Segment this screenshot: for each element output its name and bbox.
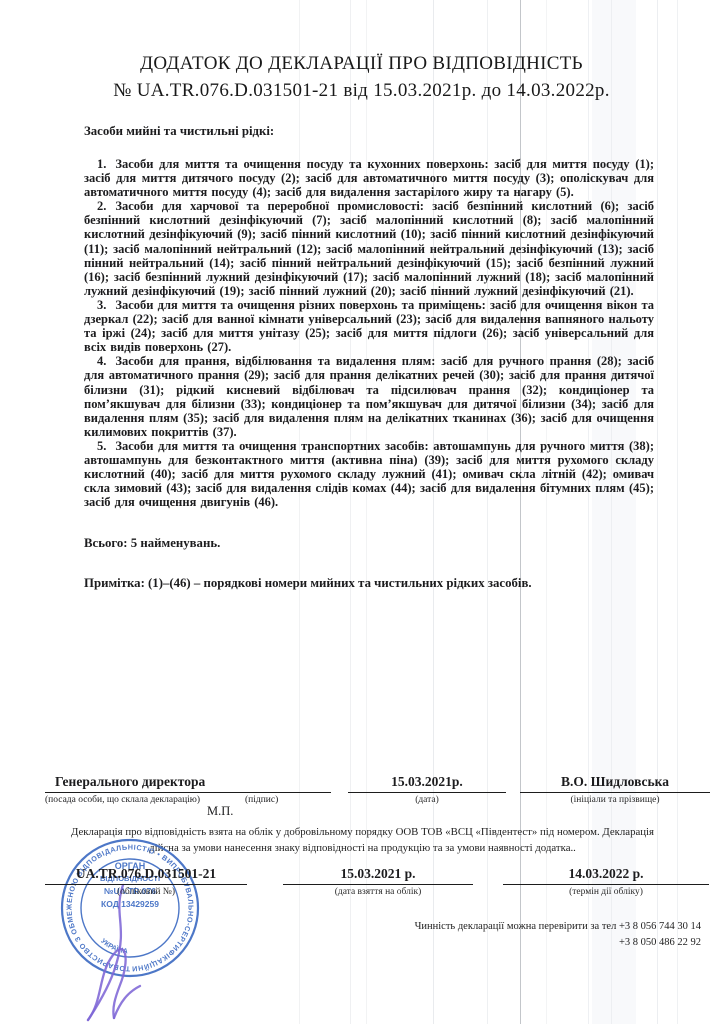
section-heading: Засоби мийні та чистильні рідкі: [84,124,274,139]
signature-position-column: Генерального директора (посада особи, що… [45,774,331,805]
signature-date-label: (дата) [348,795,506,805]
total-line: Всього: 5 найменувань. [84,536,220,551]
verification-line2: +3 8 050 486 22 92 [415,935,701,951]
registration-term-label: (термін дії обліку) [503,887,709,897]
document-title: ДОДАТОК ДО ДЕКЛАРАЦІЇ ПРО ВІДПОВІДНІСТЬ … [0,50,723,104]
paragraph: 4.Засоби для прання, відбілювання та вид… [84,354,654,439]
paragraph-number: 5. [97,439,106,453]
registration-term-column: 14.03.2022 р. (термін дії обліку) [503,866,709,897]
paragraph: 1.Засоби для миття та очищення посуду та… [84,157,654,199]
handwritten-signature [68,880,188,1024]
registration-date-column: 15.03.2021 р. (дата взяття на облік) [283,866,473,897]
registration-number-value: UA.TR.076.D.031501-21 [45,866,247,885]
verification-line1: Чинність декларації можна перевірити за … [415,919,701,935]
position-label: (посада особи, що склала декларацію) [45,795,200,805]
paragraph: 2.Засоби для харчової та переробної пром… [84,199,654,298]
signatory-name-label: (ініціали та прізвище) [520,795,710,805]
registration-term-value: 14.03.2022 р. [503,866,709,885]
signature-date-column: 15.03.2021р. (дата) [348,774,506,805]
registration-number-column: UA.TR.076.D.031501-21 (обліковий №) [45,866,247,897]
paragraph-number: 1. [97,157,106,171]
verification-contact: Чинність декларації можна перевірити за … [415,919,701,951]
document-page: ДОДАТОК ДО ДЕКЛАРАЦІЇ ПРО ВІДПОВІДНІСТЬ … [0,0,723,1024]
title-line1: ДОДАТОК ДО ДЕКЛАРАЦІЇ ПРО ВІДПОВІДНІСТЬ [0,50,723,77]
paragraph-list: 1.Засоби для миття та очищення посуду та… [84,157,654,509]
registration-number-label: (обліковий №) [45,887,247,897]
paragraph: 5.Засоби для миття та очищення транспорт… [84,439,654,509]
registration-date-label: (дата взяття на облік) [283,887,473,897]
paragraph-number: 2. [97,199,106,213]
signature-name-column: В.О. Шидловська (ініціали та прізвище) [520,774,710,805]
signature-label: (підпис) [245,795,278,805]
paragraph-number: 4. [97,354,106,368]
seal-place-mark: М.П. [207,804,233,819]
scan-artifact-line [487,0,488,1024]
paragraph-number: 3. [97,298,106,312]
signatory-name-value: В.О. Шидловська [520,774,710,793]
signature-date-value: 15.03.2021р. [348,774,506,793]
position-value: Генерального директора [45,774,331,793]
title-line2: № UA.TR.076.D.031501-21 від 15.03.2021р.… [0,77,723,104]
registration-date-value: 15.03.2021 р. [283,866,473,885]
paragraph: 3.Засоби для миття та очищення різних по… [84,298,654,354]
note-line: Примітка: (1)–(46) – порядкові номери ми… [84,576,532,591]
